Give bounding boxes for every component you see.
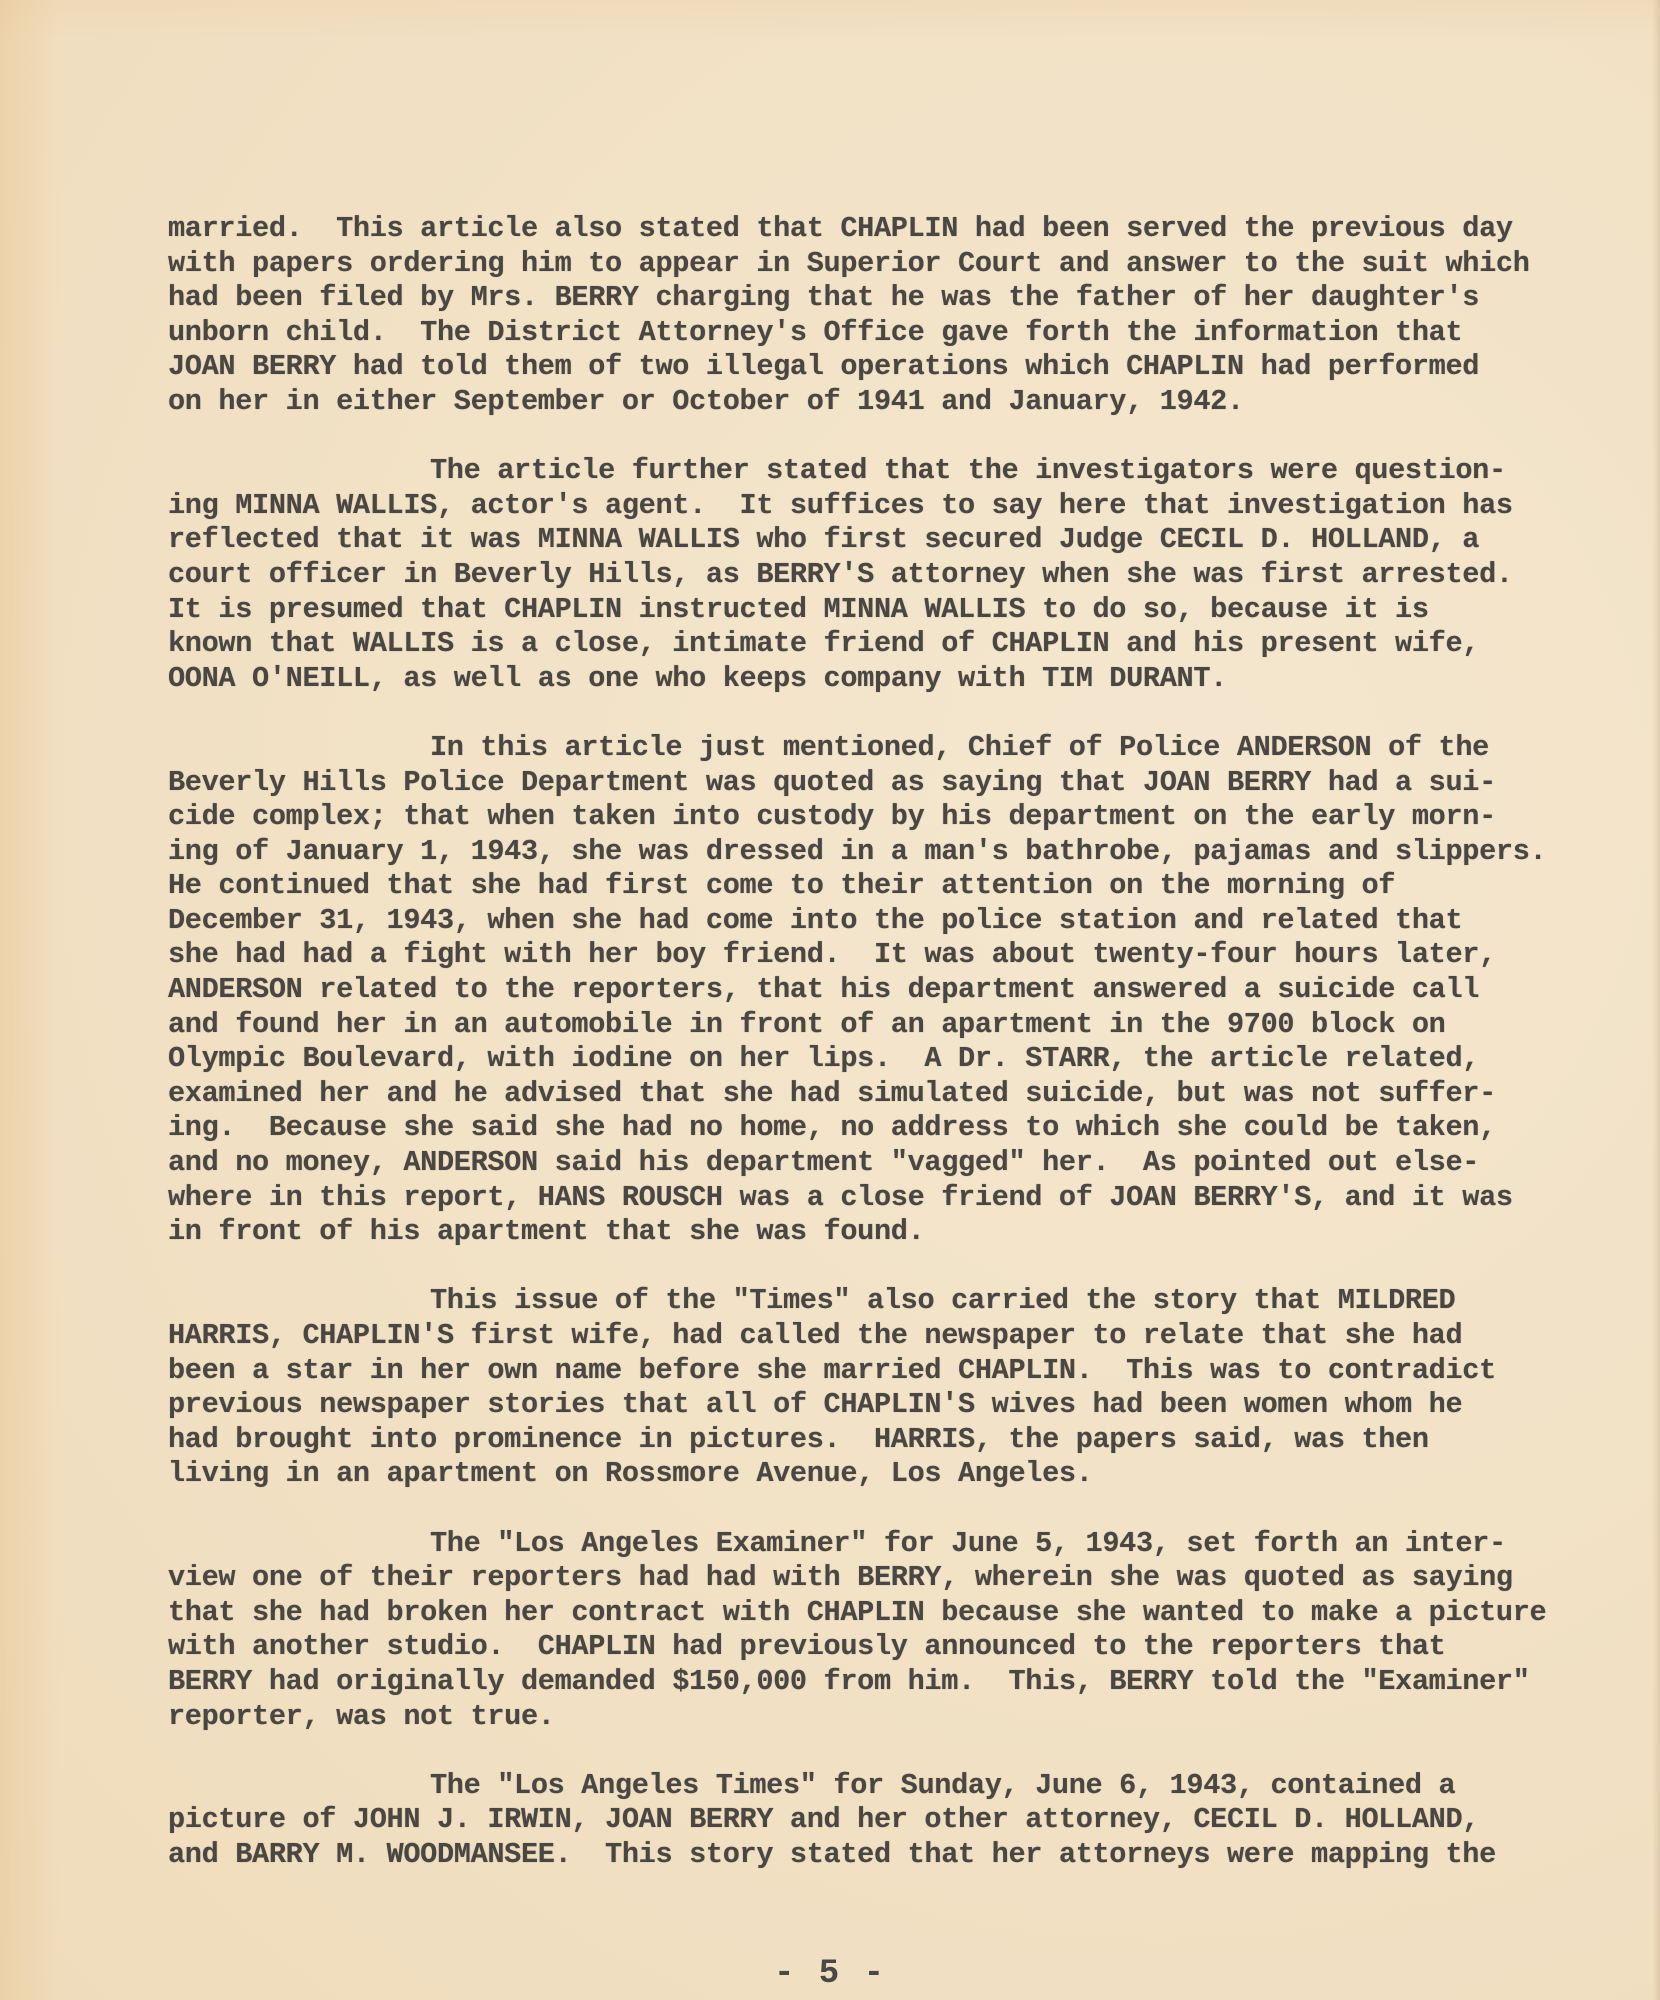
text-line: with another studio. CHAPLIN had previou… <box>168 1630 1588 1665</box>
text-line: It is presumed that CHAPLIN instructed M… <box>168 593 1588 628</box>
text-line: ANDERSON related to the reporters, that … <box>168 973 1588 1008</box>
text-line: court officer in Beverly Hills, as BERRY… <box>168 558 1588 593</box>
text-line: that she had broken her contract with CH… <box>168 1596 1588 1631</box>
paragraph-3: In this article just mentioned, Chief of… <box>168 731 1588 1250</box>
paragraph-6: The "Los Angeles Times" for Sunday, June… <box>168 1769 1588 1873</box>
text-line: unborn child. The District Attorney's Of… <box>168 316 1588 351</box>
text-line: December 31, 1943, when she had come int… <box>168 904 1588 939</box>
text-line: and BARRY M. WOODMANSEE. This story stat… <box>168 1838 1588 1873</box>
text-line: OONA O'NEILL, as well as one who keeps c… <box>168 662 1588 697</box>
text-line: BERRY had originally demanded $150,000 f… <box>168 1665 1588 1700</box>
text-line: Beverly Hills Police Department was quot… <box>168 766 1588 801</box>
text-line: He continued that she had first come to … <box>168 869 1588 904</box>
text-line: ing. Because she said she had no home, n… <box>168 1111 1588 1146</box>
text-line: picture of JOHN J. IRWIN, JOAN BERRY and… <box>168 1803 1588 1838</box>
text-line: had brought into prominence in pictures.… <box>168 1423 1588 1458</box>
text-line: examined her and he advised that she had… <box>168 1077 1588 1112</box>
text-line: HARRIS, CHAPLIN'S first wife, had called… <box>168 1319 1588 1354</box>
text-line-indented: The article further stated that the inve… <box>168 454 1588 489</box>
text-line: in front of his apartment that she was f… <box>168 1215 1588 1250</box>
paragraph-1: married. This article also stated that C… <box>168 212 1588 420</box>
text-line: with papers ordering him to appear in Su… <box>168 247 1588 282</box>
text-line: ing MINNA WALLIS, actor's agent. It suff… <box>168 489 1588 524</box>
text-line: and no money, ANDERSON said his departme… <box>168 1146 1588 1181</box>
paragraph-4: This issue of the "Times" also carried t… <box>168 1284 1588 1492</box>
paragraph-5: The "Los Angeles Examiner" for June 5, 1… <box>168 1527 1588 1735</box>
text-line-indented: This issue of the "Times" also carried t… <box>168 1284 1588 1319</box>
text-line-indented: The "Los Angeles Examiner" for June 5, 1… <box>168 1527 1588 1562</box>
text-line: Olympic Boulevard, with iodine on her li… <box>168 1042 1588 1077</box>
text-line: she had had a fight with her boy friend.… <box>168 938 1588 973</box>
text-line: JOAN BERRY had told them of two illegal … <box>168 350 1588 385</box>
text-line: been a star in her own name before she m… <box>168 1354 1588 1389</box>
text-line: on her in either September or October of… <box>168 385 1588 420</box>
text-line: and found her in an automobile in front … <box>168 1008 1588 1043</box>
text-line: known that WALLIS is a close, intimate f… <box>168 627 1588 662</box>
page-number: - 5 - <box>0 1955 1660 1993</box>
text-line: living in an apartment on Rossmore Avenu… <box>168 1457 1588 1492</box>
text-line: previous newspaper stories that all of C… <box>168 1388 1588 1423</box>
text-line: view one of their reporters had had with… <box>168 1561 1588 1596</box>
text-line: reflected that it was MINNA WALLIS who f… <box>168 523 1588 558</box>
text-line: ing of January 1, 1943, she was dressed … <box>168 835 1588 870</box>
text-line: where in this report, HANS ROUSCH was a … <box>168 1181 1588 1216</box>
typewritten-page-body: married. This article also stated that C… <box>168 212 1588 1907</box>
text-line: married. This article also stated that C… <box>168 212 1588 247</box>
text-line: had been filed by Mrs. BERRY charging th… <box>168 281 1588 316</box>
text-line-indented: The "Los Angeles Times" for Sunday, June… <box>168 1769 1588 1804</box>
text-line: reporter, was not true. <box>168 1700 1588 1735</box>
page-edge-shadow <box>1652 0 1660 2000</box>
text-line-indented: In this article just mentioned, Chief of… <box>168 731 1588 766</box>
text-line: cide complex; that when taken into custo… <box>168 800 1588 835</box>
paragraph-2: The article further stated that the inve… <box>168 454 1588 696</box>
